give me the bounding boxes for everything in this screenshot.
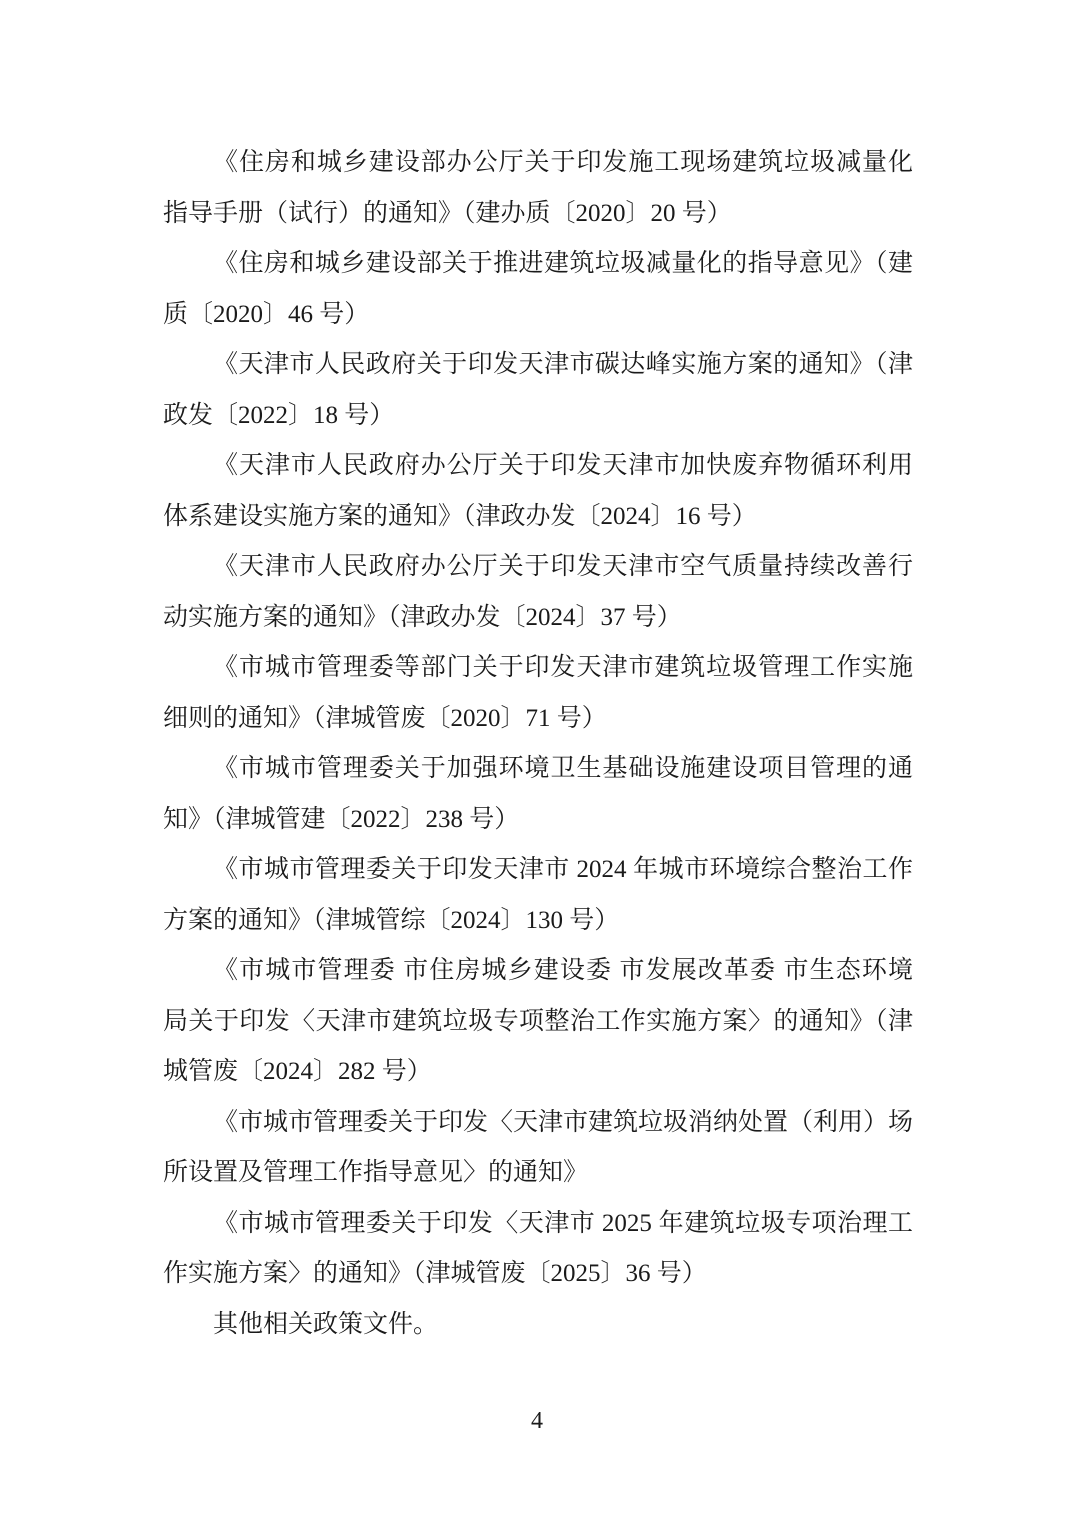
- text-line: 《天津市人民政府办公厅关于印发天津市空气质量持续改善行: [163, 542, 913, 593]
- text-line: 《市城市管理委关于印发天津市 2024 年城市环境综合整治工作: [163, 845, 913, 896]
- paragraph: 《市城市管理委关于印发天津市 2024 年城市环境综合整治工作方案的通知》（津城…: [163, 845, 913, 946]
- text-line: 《市城市管理委 市住房城乡建设委 市发展改革委 市生态环境: [163, 946, 913, 997]
- paragraph: 《天津市人民政府关于印发天津市碳达峰实施方案的通知》（津政发〔2022〕18 号…: [163, 340, 913, 441]
- text-line: 《住房和城乡建设部关于推进建筑垃圾减量化的指导意见》（建: [163, 239, 913, 290]
- text-line: 《市城市管理委关于印发〈天津市 2025 年建筑垃圾专项治理工: [163, 1199, 913, 1250]
- text-line: 体系建设实施方案的通知》（津政办发〔2024〕16 号）: [163, 492, 913, 543]
- paragraph: 《住房和城乡建设部办公厅关于印发施工现场建筑垃圾减量化指导手册（试行）的通知》（…: [163, 138, 913, 239]
- paragraph: 《市城市管理委关于印发〈天津市建筑垃圾消纳处置（利用）场所设置及管理工作指导意见…: [163, 1098, 913, 1199]
- paragraph: 其他相关政策文件。: [163, 1300, 913, 1351]
- text-line: 动实施方案的通知》（津政办发〔2024〕37 号）: [163, 593, 913, 644]
- text-line: 《市城市管理委等部门关于印发天津市建筑垃圾管理工作实施: [163, 643, 913, 694]
- paragraph: 《市城市管理委等部门关于印发天津市建筑垃圾管理工作实施细则的通知》（津城管废〔2…: [163, 643, 913, 744]
- text-line: 局关于印发〈天津市建筑垃圾专项整治工作实施方案〉的通知》（津: [163, 997, 913, 1048]
- text-line: 《住房和城乡建设部办公厅关于印发施工现场建筑垃圾减量化: [163, 138, 913, 189]
- text-line: 《市城市管理委关于加强环境卫生基础设施建设项目管理的通: [163, 744, 913, 795]
- text-line: 知》（津城管建〔2022〕238 号）: [163, 795, 913, 846]
- text-line: 《市城市管理委关于印发〈天津市建筑垃圾消纳处置（利用）场: [163, 1098, 913, 1149]
- text-line: 指导手册（试行）的通知》（建办质〔2020〕20 号）: [163, 189, 913, 240]
- paragraph: 《市城市管理委 市住房城乡建设委 市发展改革委 市生态环境局关于印发〈天津市建筑…: [163, 946, 913, 1098]
- text-line: 政发〔2022〕18 号）: [163, 391, 913, 442]
- text-line: 质〔2020〕46 号）: [163, 290, 913, 341]
- paragraph: 《市城市管理委关于印发〈天津市 2025 年建筑垃圾专项治理工作实施方案〉的通知…: [163, 1199, 913, 1300]
- text-line: 作实施方案〉的通知》（津城管废〔2025〕36 号）: [163, 1249, 913, 1300]
- paragraph: 《市城市管理委关于加强环境卫生基础设施建设项目管理的通知》（津城管建〔2022〕…: [163, 744, 913, 845]
- text-line: 《天津市人民政府关于印发天津市碳达峰实施方案的通知》（津: [163, 340, 913, 391]
- page-number: 4: [0, 1406, 1074, 1436]
- text-line: 方案的通知》（津城管综〔2024〕130 号）: [163, 896, 913, 947]
- text-line: 所设置及管理工作指导意见〉的通知》: [163, 1148, 913, 1199]
- paragraph: 《天津市人民政府办公厅关于印发天津市空气质量持续改善行动实施方案的通知》（津政办…: [163, 542, 913, 643]
- text-line: 《天津市人民政府办公厅关于印发天津市加快废弃物循环利用: [163, 441, 913, 492]
- document-body: 《住房和城乡建设部办公厅关于印发施工现场建筑垃圾减量化指导手册（试行）的通知》（…: [163, 138, 913, 1350]
- document-page: 《住房和城乡建设部办公厅关于印发施工现场建筑垃圾减量化指导手册（试行）的通知》（…: [0, 0, 1074, 1520]
- paragraph: 《住房和城乡建设部关于推进建筑垃圾减量化的指导意见》（建质〔2020〕46 号）: [163, 239, 913, 340]
- paragraph: 《天津市人民政府办公厅关于印发天津市加快废弃物循环利用体系建设实施方案的通知》（…: [163, 441, 913, 542]
- text-line: 细则的通知》（津城管废〔2020〕71 号）: [163, 694, 913, 745]
- text-line: 城管废〔2024〕282 号）: [163, 1047, 913, 1098]
- text-line: 其他相关政策文件。: [163, 1300, 913, 1351]
